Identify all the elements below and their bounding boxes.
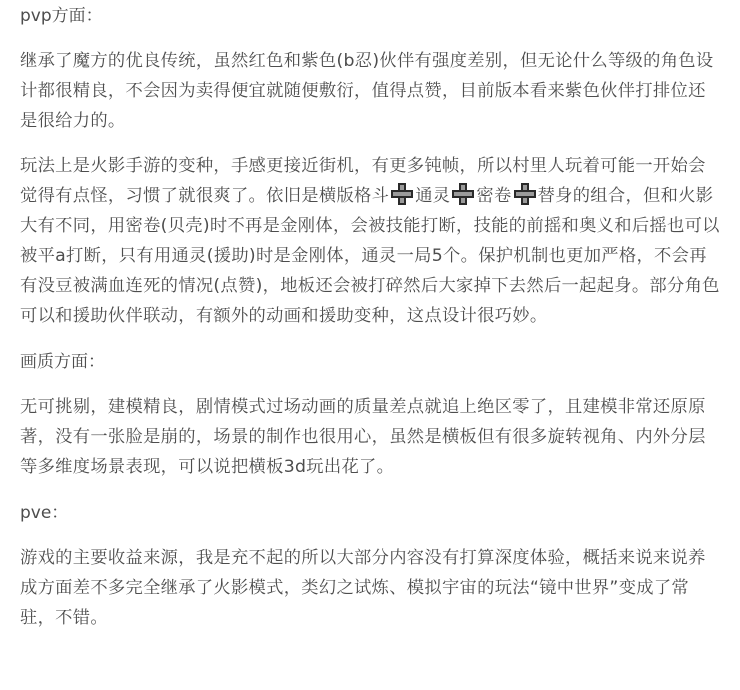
section-heading-pvp: pvp方面： xyxy=(20,0,720,31)
plus-icon xyxy=(391,183,413,205)
gameplay-text-after: 替身的组合，但和火影大有不同，用密卷(贝壳)时不再是金刚体，会被技能打断，技能的… xyxy=(20,186,720,326)
gameplay-item-summon: 通灵 xyxy=(415,186,450,206)
section-heading-graphics: 画质方面： xyxy=(20,346,720,377)
article-body: pvp方面： 继承了魔方的优良传统，虽然红色和紫色(b忍)伙伴有强度差别，但无论… xyxy=(0,0,740,633)
gameplay-item-scroll: 密卷 xyxy=(476,186,511,206)
paragraph-pve: 游戏的主要收益来源，我是充不起的所以大部分内容没有打算深度体验，概括来说来说养成… xyxy=(20,543,720,633)
paragraph-pvp-design: 继承了魔方的优良传统，虽然红色和紫色(b忍)伙伴有强度差别，但无论什么等级的角色… xyxy=(20,46,720,136)
paragraph-pvp-gameplay: 玩法上是火影手游的变种，手感更接近街机，有更多钝帧，所以村里人玩着可能一开始会觉… xyxy=(20,151,720,331)
plus-icon xyxy=(514,183,536,205)
paragraph-graphics: 无可挑剔，建模精良，剧情模式过场动画的质量差点就追上绝区零了，且建模非常还原原著… xyxy=(20,392,720,482)
section-heading-pve: pve： xyxy=(20,497,720,528)
plus-icon xyxy=(452,183,474,205)
